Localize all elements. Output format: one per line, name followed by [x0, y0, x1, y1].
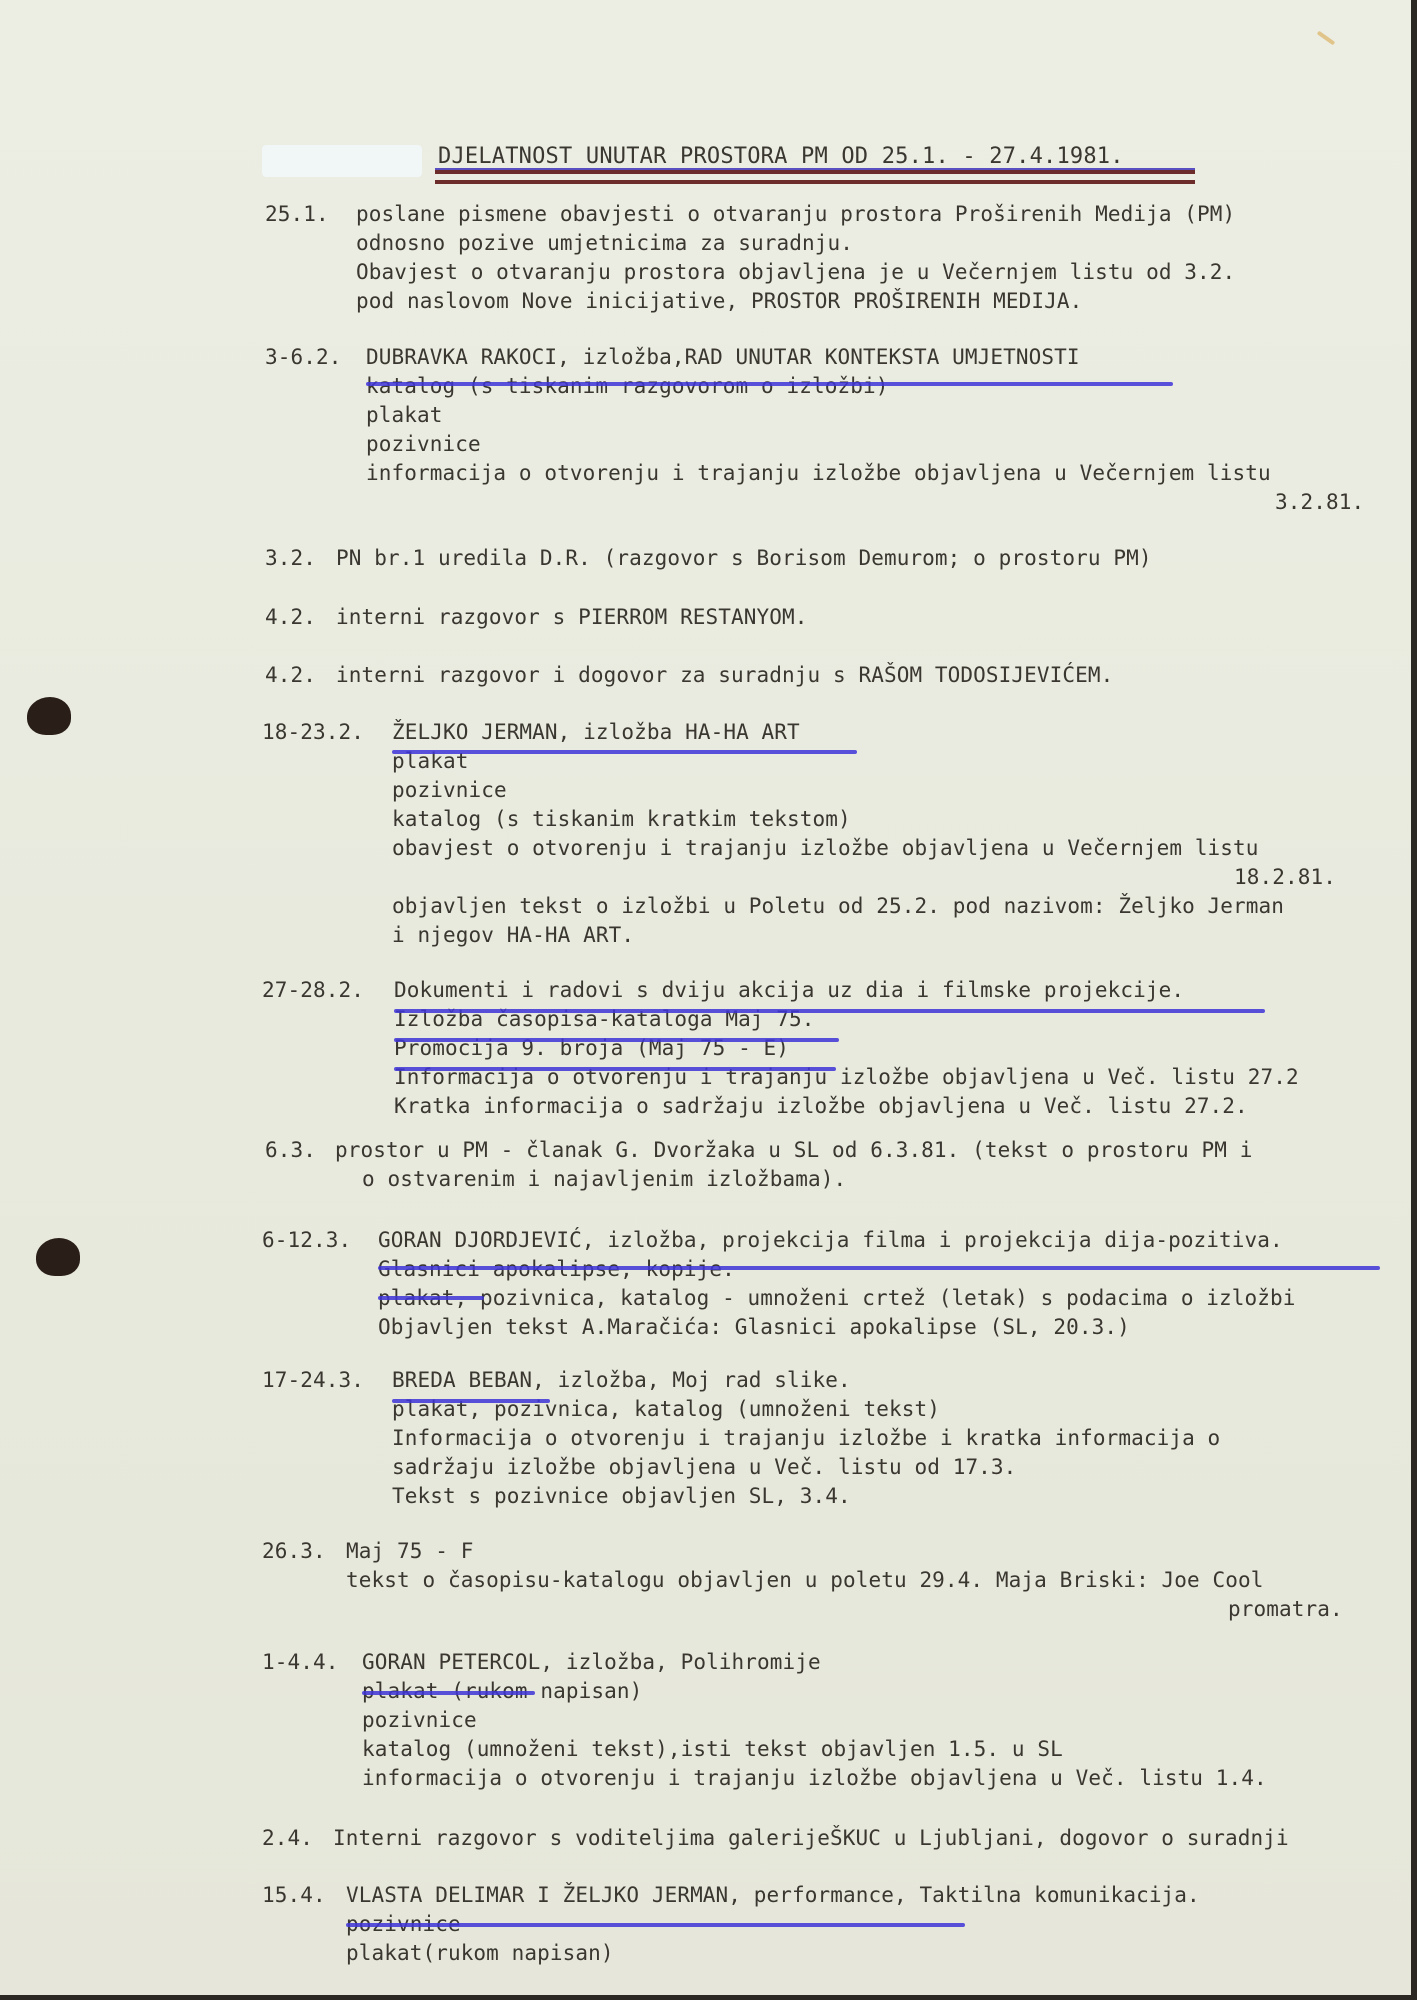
entry-line: prostor u PM - članak G. Dvoržaka u SL o… [335, 1136, 1253, 1164]
entry-date: 1-4.4. [262, 1648, 338, 1676]
entry-line: katalog (umnoženi tekst),isti tekst obja… [362, 1735, 1063, 1763]
entry-date: 26.3. [262, 1537, 326, 1565]
highlight-underline [394, 1067, 836, 1071]
entry-line: i njegov HA-HA ART. [392, 921, 634, 949]
entry-line: pozivnice [392, 776, 507, 804]
entry-line: sadržaju izložbe objavljena u Več. listu… [392, 1453, 1016, 1481]
entry-line: 3.2.81. [1275, 488, 1364, 516]
entry-line: Obavjest o otvaranju prostora objavljena… [356, 258, 1235, 286]
entry-line: Informacija o otvorenju i trajanju izlož… [392, 1424, 1220, 1452]
entry-line: ŽELJKO JERMAN, izložba HA-HA ART [392, 718, 800, 746]
entry-line: plakat(rukom napisan) [346, 1939, 614, 1967]
entry-line: plakat [366, 401, 442, 429]
entry-line: objavljen tekst o izložbi u Poletu od 25… [392, 892, 1284, 920]
entry-line: pozivnice [366, 430, 481, 458]
document-title: DJELATNOST UNUTAR PROSTORA PM OD 25.1. -… [438, 144, 1124, 169]
entry-line: Tekst s pozivnice objavljen SL, 3.4. [392, 1482, 851, 1510]
entry-date: 6-12.3. [262, 1226, 351, 1254]
entry-line: Objavljen tekst A.Maračića: Glasnici apo… [378, 1313, 1130, 1341]
highlight-underline [378, 1266, 1380, 1270]
highlight-underline [394, 1009, 1265, 1013]
entry-line: informacija o otvorenju i trajanju izlož… [362, 1764, 1267, 1792]
entry-line: tekst o časopisu-katalogu objavljen u po… [346, 1566, 1264, 1594]
entry-date: 15.4. [262, 1881, 326, 1909]
highlight-underline [392, 750, 857, 754]
entry-line: plakat, pozivnica, katalog - umnoženi cr… [378, 1284, 1296, 1312]
correction-fluid-mark [262, 145, 422, 177]
entry-line: interni razgovor s PIERROM RESTANYOM. [336, 603, 808, 631]
document-page: DJELATNOST UNUTAR PROSTORA PM OD 25.1. -… [0, 0, 1417, 2000]
entry-date: 18-23.2. [262, 718, 364, 746]
entry-line: Kratka informacija o sadržaju izložbe ob… [394, 1092, 1248, 1120]
entry-date: 4.2. [265, 603, 316, 631]
entry-line: VLASTA DELIMAR I ŽELJKO JERMAN, performa… [346, 1881, 1200, 1909]
punch-hole-top [27, 697, 71, 735]
entry-line: poslane pismene obavjesti o otvaranju pr… [356, 200, 1235, 228]
entry-line: Interni razgovor s voditeljima galerijeŠ… [333, 1824, 1289, 1852]
entry-line: GORAN DJORDJEVIĆ, izložba, projekcija fi… [378, 1226, 1283, 1254]
entry-line: GORAN PETERCOL, izložba, Polihromije [362, 1648, 821, 1676]
punch-hole-bottom [36, 1238, 80, 1276]
highlight-underline [392, 1399, 550, 1403]
entry-line: pod naslovom Nove inicijative, PROSTOR P… [356, 287, 1082, 315]
entry-date: 3-6.2. [265, 343, 341, 371]
title-underline [435, 170, 1195, 174]
highlight-underline [378, 1296, 484, 1300]
entry-line: 18.2.81. [1234, 863, 1336, 891]
highlight-underline [346, 1923, 965, 1927]
highlight-underline [394, 1038, 839, 1042]
highlight-underline [366, 382, 1173, 386]
entry-line: pozivnice [362, 1706, 477, 1734]
entry-line: obavjest o otvorenju i trajanju izložbe … [392, 834, 1259, 862]
entry-line: informacija o otvorenju i trajanju izlož… [366, 459, 1271, 487]
entry-date: 6.3. [265, 1136, 316, 1164]
entry-date: 2.4. [262, 1824, 313, 1852]
entry-line: interni razgovor i dogovor za suradnju s… [336, 661, 1113, 689]
entry-line: odnosno pozive umjetnicima za suradnju. [356, 229, 853, 257]
entry-line: katalog (s tiskanim razgovorom o izložbi… [366, 372, 888, 400]
entry-line: Maj 75 - F [346, 1537, 473, 1565]
page-edge-right [1411, 0, 1417, 2000]
entry-date: 4.2. [265, 661, 316, 689]
page-edge-bottom [0, 1995, 1417, 2000]
entry-line: BREDA BEBAN, izložba, Moj rad slike. [392, 1366, 851, 1394]
highlight-underline [362, 1691, 535, 1695]
entry-line: promatra. [1228, 1595, 1343, 1623]
entry-date: 17-24.3. [262, 1366, 364, 1394]
entry-date: 3.2. [265, 544, 316, 572]
paper-stain [1317, 31, 1336, 46]
entry-line: o ostvarenim i najavljenim izložbama). [362, 1165, 846, 1193]
entry-line: katalog (s tiskanim kratkim tekstom) [392, 805, 851, 833]
entry-line: Dokumenti i radovi s dviju akcija uz dia… [394, 976, 1184, 1004]
entry-line: PN br.1 uredila D.R. (razgovor s Borisom… [336, 544, 1152, 572]
entry-date: 25.1. [265, 200, 329, 228]
entry-date: 27-28.2. [262, 976, 364, 1004]
title-underline-second [435, 180, 1195, 184]
entry-line: DUBRAVKA RAKOCI, izložba,RAD UNUTAR KONT… [366, 343, 1080, 371]
